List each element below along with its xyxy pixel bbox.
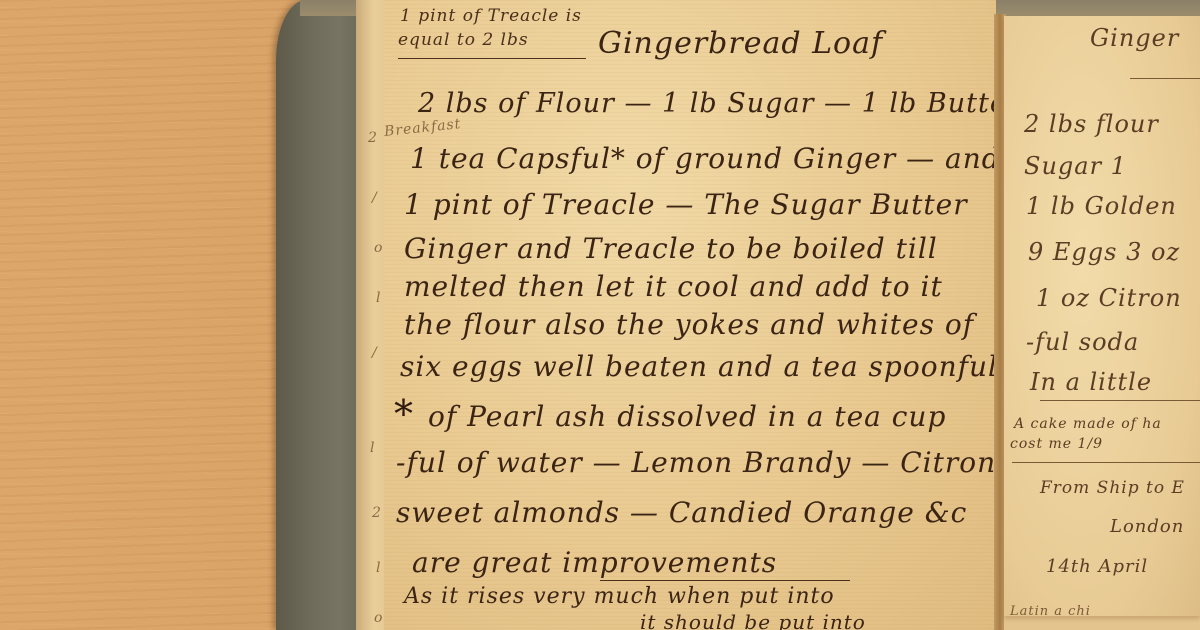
margin-mark: / [372, 345, 377, 361]
recipe-line: six eggs well beaten and a tea spoonful [400, 350, 998, 383]
letter-line: London [1110, 516, 1184, 537]
cost-note-line: A cake made of ha [1014, 416, 1162, 432]
margin-mark: l [370, 440, 374, 456]
cost-note-line: cost me 1/9 [1010, 436, 1103, 452]
margin-mark: 2 [368, 130, 377, 146]
right-page-title: Ginger [1090, 24, 1179, 52]
margin-mark: l [376, 290, 380, 306]
margin-mark: o [374, 610, 382, 626]
recipe-title: Gingerbread Loaf [598, 26, 883, 61]
margin-note-line: 1 pint of Treacle is [400, 6, 582, 26]
letter-line: From Ship to E [1040, 478, 1185, 498]
section-rule [1040, 400, 1200, 401]
margin-mark: / [372, 190, 377, 206]
page-edge-stack [356, 0, 387, 630]
recipe-line: the flour also the yokes and whites of [404, 308, 974, 341]
title-rule [1130, 78, 1200, 79]
recipe-line: 1 tea Capsful* of ground Ginger — and [410, 142, 1001, 175]
right-page-line: 2 lbs flour [1024, 110, 1159, 138]
recipe-line: 2 lbs of Flour — 1 lb Sugar — 1 lb Butte… [418, 88, 1021, 119]
recipe-line: it should be put into [640, 610, 866, 630]
recipe-line: of Pearl ash dissolved in a tea cup [428, 400, 946, 433]
margin-mark: o [374, 240, 382, 256]
margin-note-underline [398, 58, 586, 59]
margin-mark: l [376, 560, 380, 576]
letter-line: 14th April [1046, 556, 1148, 577]
underlying-page-text: Latin a chi [1010, 604, 1091, 619]
star-mark: * [394, 392, 414, 436]
right-page-line: -ful soda [1026, 328, 1139, 356]
margin-note-line: equal to 2 lbs [398, 30, 529, 50]
book-cover-cloth [276, 0, 366, 630]
right-page-line: 1 oz Citron [1036, 284, 1182, 312]
recipe-line: -ful of water — Lemon Brandy — Citron — [396, 446, 1035, 479]
recipe-line: are great improvements [412, 546, 777, 579]
recipe-line: melted then let it cool and add to it [404, 270, 943, 303]
right-page-line: 9 Eggs 3 oz [1028, 238, 1180, 266]
margin-mark: 2 [372, 505, 381, 521]
recipe-line: 1 pint of Treacle — The Sugar Butter [404, 188, 968, 221]
recipe-line: Ginger and Treacle to be boiled till [404, 232, 938, 265]
right-page-line: In a little [1030, 368, 1152, 396]
cost-note-rule [1012, 462, 1200, 463]
recipe-line: As it rises very much when put into [404, 584, 835, 609]
right-page-line: Sugar 1 [1024, 152, 1127, 180]
right-page-line: 1 lb Golden [1026, 192, 1177, 220]
improvements-underline [600, 580, 850, 581]
recipe-line: sweet almonds — Candied Orange &c [396, 496, 967, 529]
